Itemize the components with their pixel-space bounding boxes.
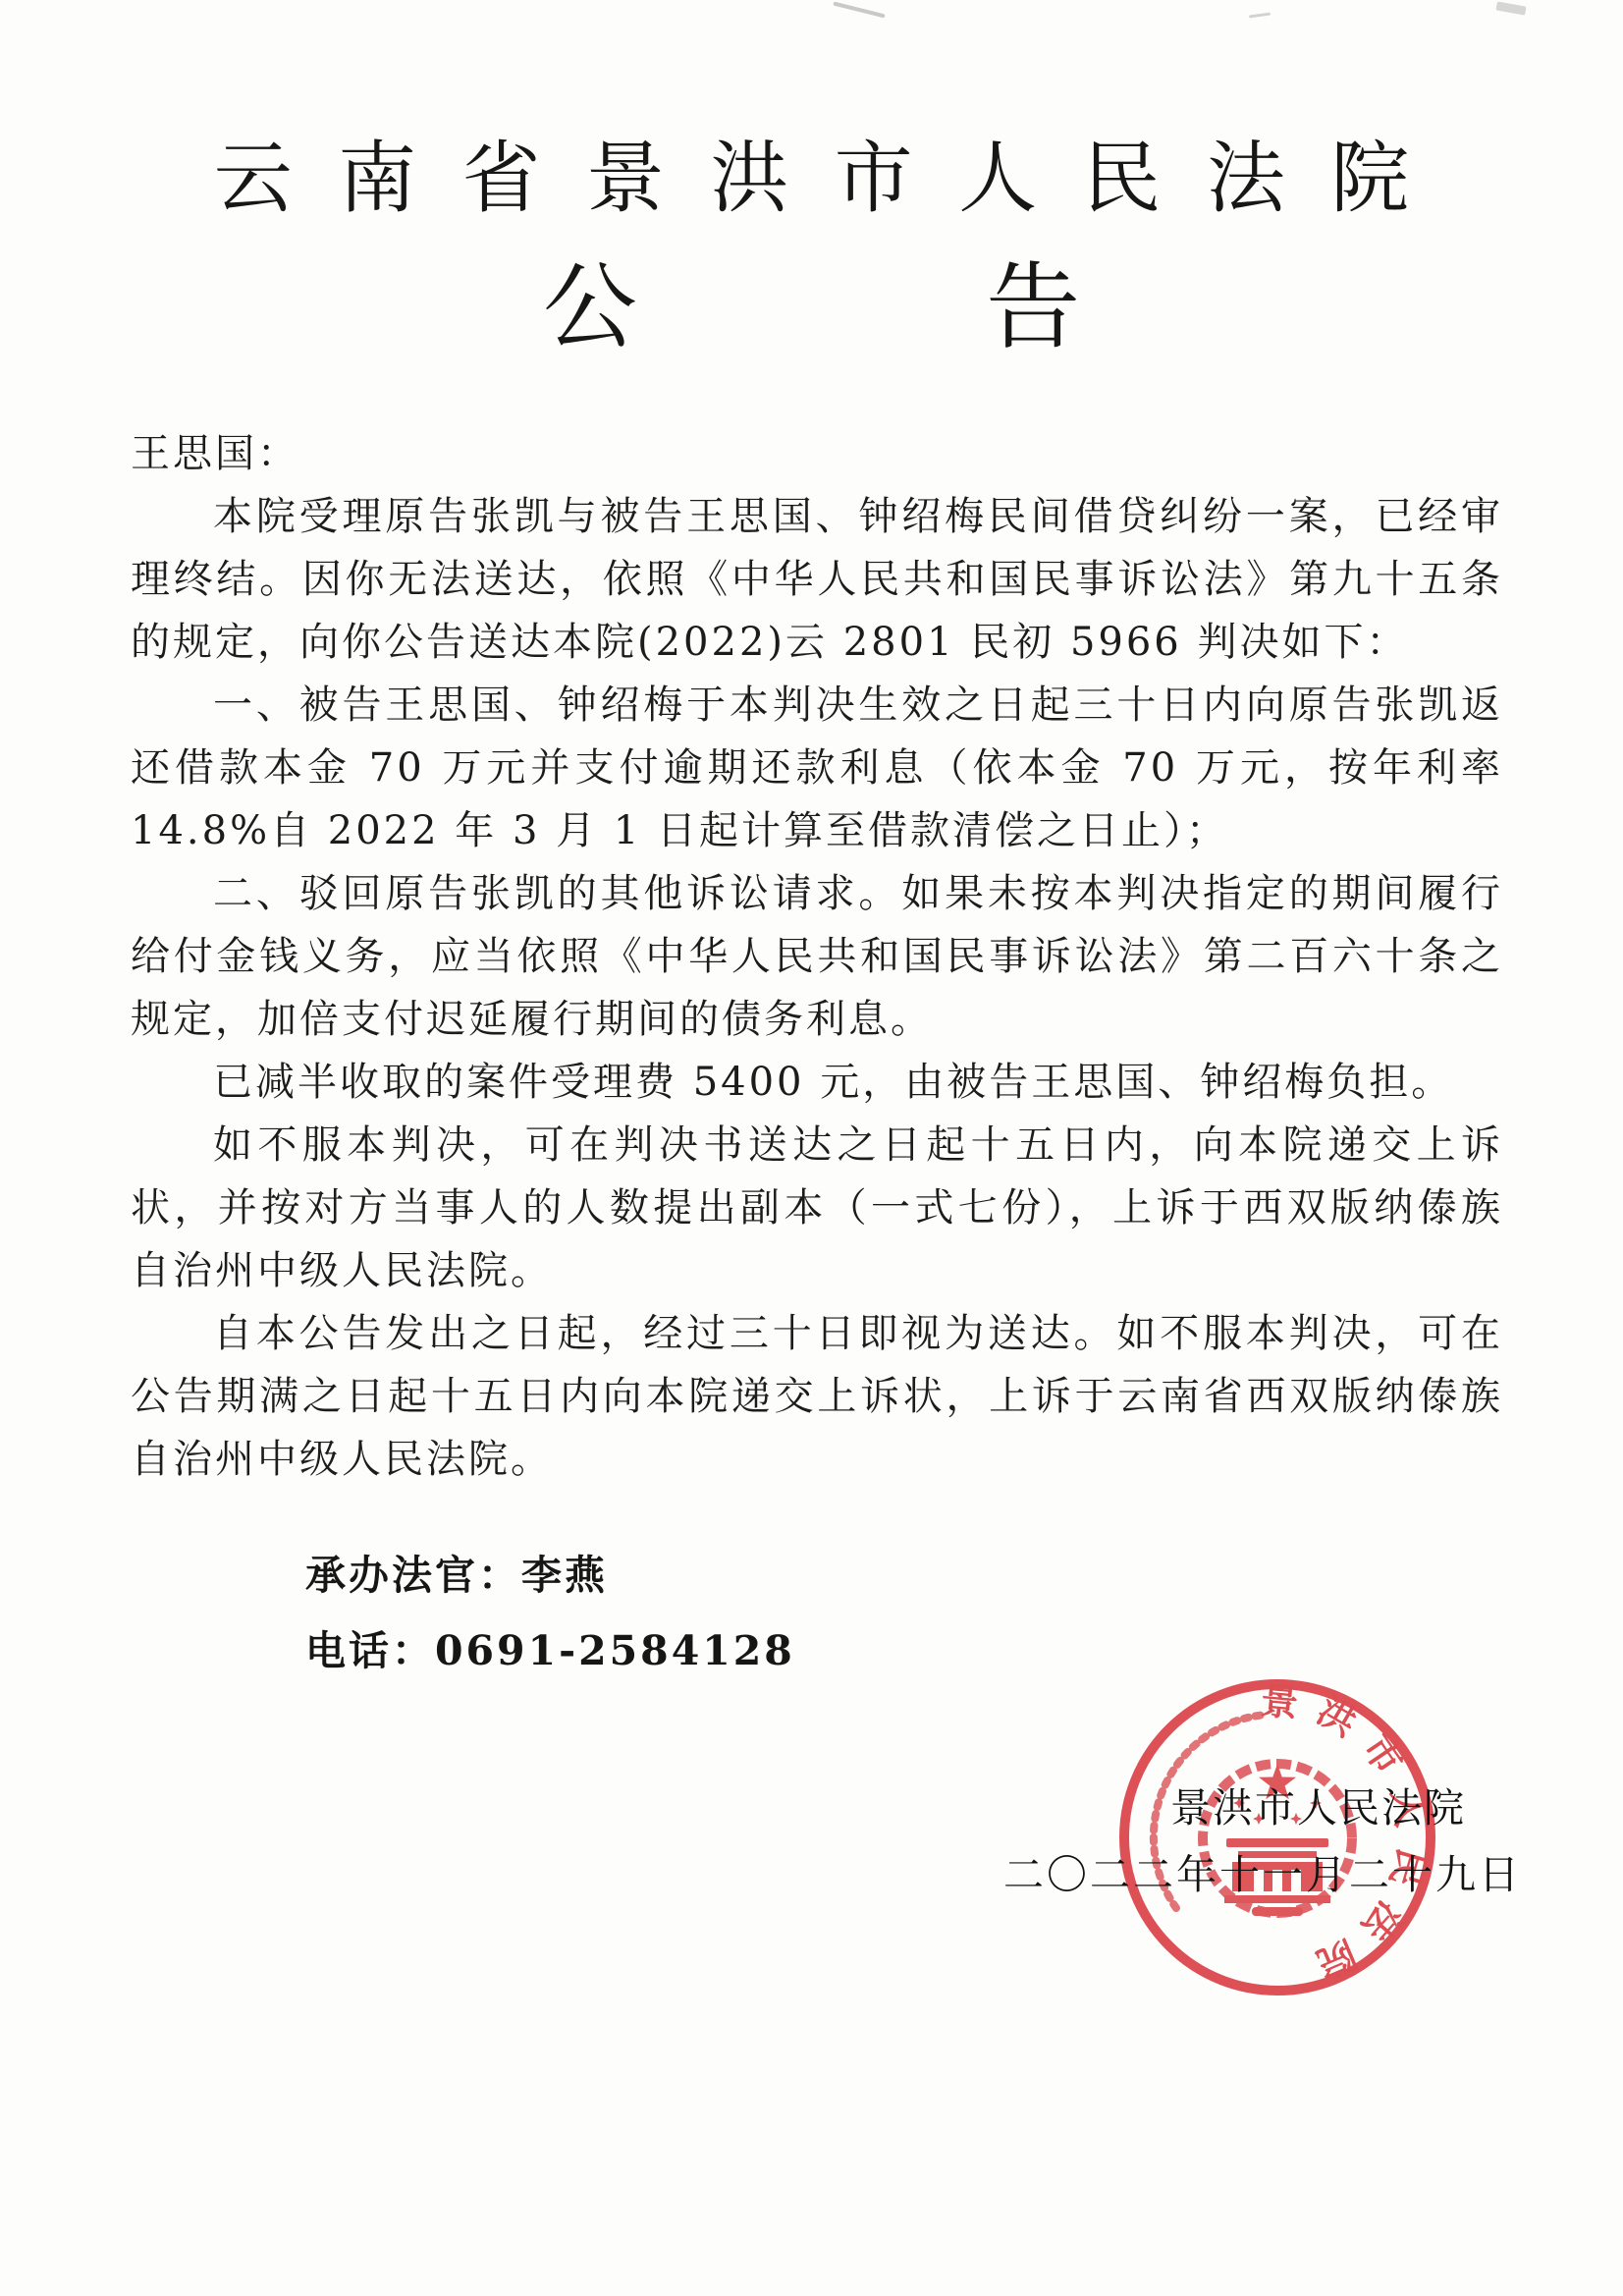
judge-line: 承办法官：李燕	[305, 1538, 795, 1613]
scan-artifact	[1495, 1, 1526, 15]
scan-artifact	[833, 2, 885, 19]
body-paragraph: 本院受理原告张凯与被告王思国、钟绍梅民间借贷纠纷一案，已经审理终结。因你无法送达…	[131, 485, 1503, 674]
contact-block: 承办法官：李燕 电话：0691-2584128	[305, 1538, 795, 1689]
signature-date: 二〇二二年十一月二十九日	[1003, 1842, 1522, 1900]
scan-artifact	[1249, 12, 1271, 18]
court-seal-stamp: 景洪市人民法院	[1113, 1673, 1441, 2001]
body-paragraph: 二、驳回原告张凯的其他诉讼请求。如果未按本判决指定的期间履行给付金钱义务，应当依…	[131, 862, 1503, 1051]
body-paragraph: 自本公告发出之日起，经过三十日即视为送达。如不服本判决，可在公告期满之日起十五日…	[131, 1302, 1503, 1491]
body-paragraph: 如不服本判决，可在判决书送达之日起十五日内，向本院递交上诉状，并按对方当事人的人…	[131, 1114, 1503, 1302]
phone-line: 电话：0691-2584128	[305, 1613, 795, 1689]
body-paragraph: 一、被告王思国、钟绍梅于本判决生效之日起三十日内向原告张凯返还借款本金 70 万…	[131, 674, 1503, 862]
announcement-title: 公 告	[0, 247, 1623, 367]
court-name-heading: 云南省景洪市人民法院	[0, 126, 1623, 232]
signature-court-name: 景洪市人民法院	[1170, 1776, 1466, 1833]
recipient-line: 王思国：	[131, 422, 1503, 485]
court-seal-svg: 景洪市人民法院	[1113, 1673, 1441, 2001]
announcement-body: 王思国： 本院受理原告张凯与被告王思国、钟绍梅民间借贷纠纷一案，已经审理终结。因…	[131, 422, 1503, 1491]
body-paragraph: 已减半收取的案件受理费 5400 元，由被告王思国、钟绍梅负担。	[131, 1051, 1503, 1114]
document-page: 云南省景洪市人民法院 公 告 王思国： 本院受理原告张凯与被告王思国、钟绍梅民间…	[0, 0, 1623, 2296]
